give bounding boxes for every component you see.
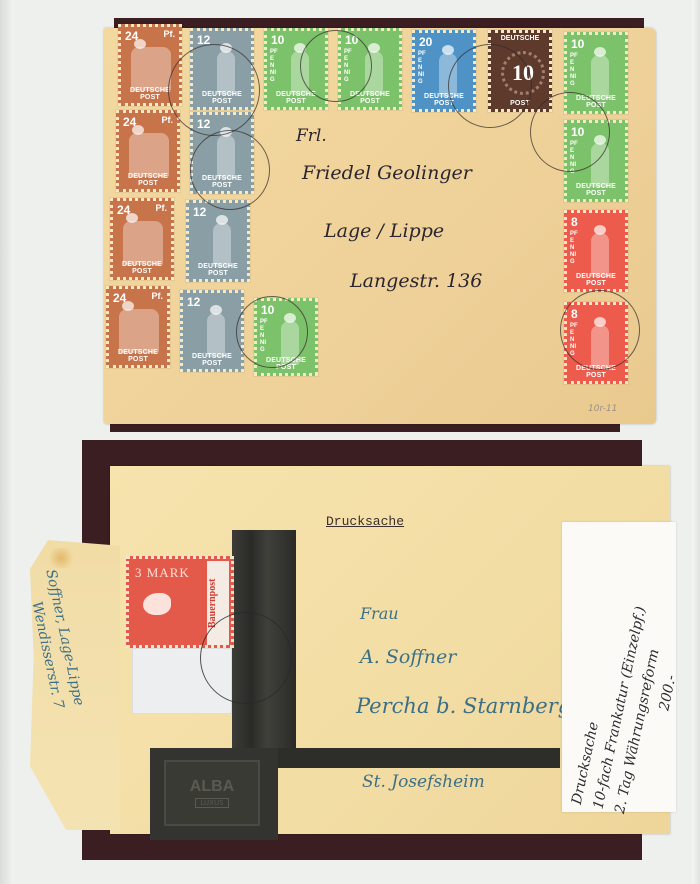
stamp-unit: PFENNIG bbox=[270, 49, 278, 84]
stamp-caption: DEUTSCHE POST bbox=[193, 91, 251, 105]
collector-note-card: Drucksache 10-fach Frankatur (Einzelpf.)… bbox=[562, 522, 676, 812]
stamp-unit: PFENNIG bbox=[570, 323, 578, 358]
stamp-8pf-red: 8 PFENNIG DEUTSCHE POST bbox=[564, 302, 628, 384]
stamp-caption: DEUTSCHE POST bbox=[567, 365, 625, 379]
stamp-unit: PFENNIG bbox=[570, 53, 578, 88]
sower-figure-icon bbox=[439, 53, 457, 97]
stamp-caption: DEUTSCHE POST bbox=[415, 93, 473, 107]
workers-figure-icon bbox=[129, 133, 169, 177]
logo-word: ALBA bbox=[190, 778, 234, 796]
drucksache-label: Drucksache bbox=[326, 514, 404, 529]
stamp-margin-tab bbox=[132, 648, 232, 714]
stamp-unit: Pf. bbox=[163, 29, 175, 39]
stamp-caption: DEUTSCHE POST bbox=[109, 349, 167, 363]
stamp-8pf-red: 8 PFENNIG DEUTSCHE POST bbox=[564, 210, 628, 292]
stamp-value: 10 bbox=[571, 125, 584, 139]
address-salutation: Frau bbox=[360, 604, 399, 623]
stamp-caption: DEUTSCHE POST bbox=[183, 353, 241, 367]
stamp-unit: Pf. bbox=[151, 291, 163, 301]
album-page-edge bbox=[692, 0, 700, 884]
stamp-side-text: Bauernpost bbox=[207, 561, 229, 645]
stamp-value: 12 bbox=[193, 205, 206, 219]
sower-figure-icon bbox=[591, 143, 609, 187]
stamp-24pf: 24 Pf. DEUTSCHE POST bbox=[110, 198, 174, 280]
stamp-12pf: 12 DEUTSCHE POST bbox=[190, 28, 254, 110]
stamp-unit: Pf. bbox=[161, 115, 173, 125]
stamp-value: 20 bbox=[419, 35, 432, 49]
stamp-unit: PFENNIG bbox=[570, 231, 578, 266]
stamp-12pf: 12 DEUTSCHE POST bbox=[186, 200, 250, 282]
stamp-10pf-green: 10 PFENNIG DEUTSCHE POST bbox=[338, 28, 402, 110]
stamp-value: 10 bbox=[261, 303, 274, 317]
stamp-unit: Pf. bbox=[155, 203, 167, 213]
stamp-12pf: 12 DEUTSCHE POST bbox=[180, 290, 244, 372]
stamp-10pf-numeral: DEUTSCHE 10 POST bbox=[488, 30, 552, 112]
envelope-logo: ALBA LUXUS bbox=[150, 748, 278, 840]
worker-figure-icon bbox=[213, 223, 231, 267]
stamp-unit: PFENNIG bbox=[344, 49, 352, 84]
stamp-value: 10 bbox=[345, 33, 358, 47]
stamp-value: 12 bbox=[187, 295, 200, 309]
address-street: Langestr. 136 bbox=[350, 270, 482, 292]
address-institution: St. Josefsheim bbox=[362, 772, 485, 792]
workers-figure-icon bbox=[119, 309, 159, 353]
album-page-binding bbox=[0, 0, 14, 884]
stamp-caption: DEUTSCHE POST bbox=[257, 357, 315, 371]
address-city: Percha b. Starnberg bbox=[356, 694, 571, 718]
stamp-value: 8 bbox=[571, 307, 578, 321]
stamp-10pf-green: 10 PFENNIG DEUTSCHE POST bbox=[564, 120, 628, 202]
stamp-unit: PFENNIG bbox=[418, 51, 426, 86]
stamp-unit: PFENNIG bbox=[260, 319, 268, 354]
stamp-caption: DEUTSCHE POST bbox=[567, 183, 625, 197]
workers-figure-icon bbox=[131, 47, 171, 91]
stamp-10pf-green: 10 PFENNIG DEUTSCHE POST bbox=[264, 28, 328, 110]
address-name: A. Soffner bbox=[360, 646, 456, 668]
stamp-caption: DEUTSCHE POST bbox=[193, 175, 251, 189]
stamp-24pf: 24 Pf. DEUTSCHE POST bbox=[118, 24, 182, 106]
stamp-value: 12 bbox=[197, 117, 210, 131]
stamp-value: 12 bbox=[197, 33, 210, 47]
stamp-caption: DEUTSCHE POST bbox=[267, 91, 325, 105]
stamp-caption: DEUTSCHE POST bbox=[113, 261, 171, 275]
sower-figure-icon bbox=[591, 55, 609, 99]
stain bbox=[46, 548, 76, 568]
stamp-caption: DEUTSCHE POST bbox=[567, 273, 625, 287]
stamp-24pf: 24 Pf. DEUTSCHE POST bbox=[106, 286, 170, 368]
worker-figure-icon bbox=[207, 313, 225, 357]
stamp-caption: DEUTSCHE POST bbox=[567, 95, 625, 109]
address-salutation: Frl. bbox=[296, 126, 327, 146]
logo-subtext: LUXUS bbox=[195, 798, 228, 808]
workers-figure-icon bbox=[123, 221, 163, 265]
stamp-value: 10 bbox=[571, 37, 584, 51]
stamp-caption: POST bbox=[491, 100, 549, 107]
stamp-10pf-green: 10 PFENNIG DEUTSCHE POST bbox=[564, 32, 628, 114]
stamp-caption: DEUTSCHE POST bbox=[189, 263, 247, 277]
logo-frame: ALBA LUXUS bbox=[164, 760, 260, 826]
stamp-caption: DEUTSCHE POST bbox=[119, 173, 177, 187]
stamp-value: 10 bbox=[271, 33, 284, 47]
address-city: Lage / Lippe bbox=[324, 220, 444, 242]
stamp-20pf-blue: 20 PFENNIG DEUTSCHE POST bbox=[412, 30, 476, 112]
stamp-3-mark: 3 MARK Bauernpost bbox=[126, 556, 234, 648]
dove-icon bbox=[143, 593, 171, 615]
stamp-12pf: 12 DEUTSCHE POST bbox=[190, 112, 254, 194]
stamp-value: 10 bbox=[501, 51, 545, 95]
stamp-10pf-green: 10 PFENNIG DEUTSCHE POST bbox=[254, 298, 318, 376]
worker-figure-icon bbox=[217, 51, 235, 95]
stamp-24pf: 24 Pf. DEUTSCHE POST bbox=[116, 110, 180, 192]
stamp-value: 8 bbox=[571, 215, 578, 229]
stamp-unit: PFENNIG bbox=[570, 141, 578, 176]
sower-figure-icon bbox=[591, 233, 609, 277]
sower-figure-icon bbox=[591, 325, 609, 369]
stamp-caption: DEUTSCHE POST bbox=[341, 91, 399, 105]
sower-figure-icon bbox=[291, 51, 309, 95]
worker-figure-icon bbox=[217, 135, 235, 179]
collector-note-text: Drucksache 10-fach Frankatur (Einzelpf.)… bbox=[566, 600, 695, 820]
stamp-top-text: DEUTSCHE bbox=[491, 35, 549, 42]
stamp-caption: DEUTSCHE POST bbox=[121, 87, 179, 101]
pencil-note: 10r-11 bbox=[588, 404, 617, 414]
address-name: Friedel Geolinger bbox=[302, 162, 472, 184]
mourning-band-vertical bbox=[232, 530, 296, 750]
stamp-value: 3 MARK bbox=[135, 565, 190, 581]
sower-figure-icon bbox=[365, 51, 383, 95]
